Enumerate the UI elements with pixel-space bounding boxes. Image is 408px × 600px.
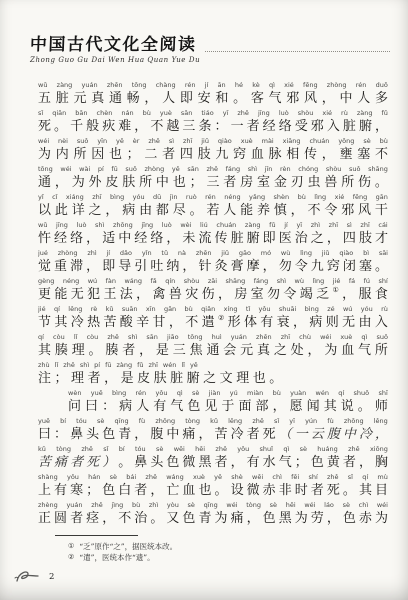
pinyin-row: tōngwéiwàipífūsuǒzhòngyěsānzhěfángshìjīn… bbox=[38, 165, 388, 174]
footnote-1-marker: ① bbox=[68, 541, 74, 552]
hanzi-row: 为内所因也；二者四肢九窍血脉相传，壅塞不 bbox=[38, 146, 388, 165]
hanzi-row: 以此详之，病由都尽。若人能养慎，不令邪风干 bbox=[38, 202, 388, 221]
footnote-1: ① “乏”原作“之”，据医统本改。 bbox=[68, 541, 408, 552]
pinyin-row: shàngyǒuhánsèbáizhěwángxuèyěshèwēichìfēi… bbox=[38, 473, 388, 482]
book-subtitle-pinyin: Zhong Guo Gu Dai Wen Hua Quan Yue Du bbox=[30, 56, 392, 64]
page-header: 中国古代文化全阅读 Zhong Guo Gu Dai Wen Hua Quan … bbox=[0, 0, 408, 64]
pinyin-row: sǐqiānbānchènnánbùyuèsāntiáoyīzhějīngluò… bbox=[38, 109, 388, 118]
footnote-1-text: “乏”原作“之”，据医统本改。 bbox=[79, 541, 177, 552]
pinyin-row: wéinèisuǒyīnyěèrzhěsìzhījiǔqiàoxuèmàixiā… bbox=[38, 137, 388, 146]
hanzi-row: 忤经络，适中经络，未流传脏腑即医治之，四肢才 bbox=[38, 230, 388, 249]
text-line: jiéqílěngrèkǔsuānxīngānbùqiǎnxíngtǐyǒush… bbox=[38, 305, 388, 333]
text-line: yǐcǐxiángzhībìngyóudūjìnruòrénnéngyǎngsh… bbox=[38, 193, 388, 221]
book-page: 中国古代文化全阅读 Zhong Guo Gu Dai Wen Hua Quan … bbox=[0, 0, 408, 600]
text-line: qícòulǐcòuzhěshìsānjiāotōnghuìyuánzhēnzh… bbox=[38, 333, 388, 361]
pinyin-row: yuēbítóusèqīngfùzhōngtòngkǔlěngzhěsǐyīyú… bbox=[38, 417, 388, 426]
pinyin-row: zhùlǐzhěshìpífūzàngfǔzhīwénlǐyě bbox=[38, 361, 388, 370]
text-line: yuēbítóusèqīngfùzhōngtòngkǔlěngzhěsǐyīyú… bbox=[38, 417, 388, 445]
text-line: wǔzàngyuánzhēntōngchàngrénjíānhékèqìxiéf… bbox=[38, 81, 388, 109]
text-line: zhùlǐzhěshìpífūzàngfǔzhīwénlǐyě注；理者，是皮肤脏… bbox=[38, 361, 388, 389]
hanzi-row: 觉重滞，即导引吐纳，针灸膏摩，勿令九窍闭塞。 bbox=[38, 258, 388, 277]
hanzi-row: 正圆者痉，不治。又色青为痛，色黑为劳，色赤为 bbox=[38, 510, 388, 529]
text-line: juézhòngzhìjídǎoyǐntǔnàzhēnjiǔgāomówùlìn… bbox=[38, 249, 388, 277]
pinyin-row: jiéqílěngrèkǔsuānxīngānbùqiǎnxíngtǐyǒush… bbox=[38, 305, 388, 314]
text-line: zhèngyuánzhějìngbùzhìyòusèqīngwéitòngsèh… bbox=[38, 501, 388, 529]
footnotes: ① “乏”原作“之”，据医统本改。 ② “遣”，医统本作“遗”。 bbox=[68, 541, 408, 563]
text-line: wǔjīngluòshìzhōngjīngluòwèiliúchuánzàngf… bbox=[38, 221, 388, 249]
pinyin-row: wǔzàngyuánzhēntōngchàngrénjíānhékèqìxiéf… bbox=[38, 81, 388, 90]
hanzi-row: 苦痛者死）。鼻头色微黑者，有水气；色黄者，胸 bbox=[38, 454, 388, 473]
page-footer: 2 bbox=[14, 568, 54, 586]
text-line: wènyuēbìngrényǒuqìsèjiànyúmiànbùyuànwénq… bbox=[38, 389, 388, 417]
book-title: 中国古代文化全阅读 bbox=[30, 30, 197, 55]
hanzi-row: 更能无犯王法，禽兽灾伤，房室勿令竭乏①，服食 bbox=[38, 286, 388, 305]
page-ornament-icon bbox=[14, 568, 42, 586]
pinyin-row: qícòulǐcòuzhěshìsānjiāotōnghuìyuánzhēnzh… bbox=[38, 333, 388, 342]
text-line: wéinèisuǒyīnyěèrzhěsìzhījiǔqiàoxuèmàixiā… bbox=[38, 137, 388, 165]
hanzi-row: 注；理者，是皮肤脏腑之文理也。 bbox=[38, 370, 388, 389]
pinyin-row: kǔtòngzhěsǐbítóusèwēihēizhěyǒushuǐqìsèhu… bbox=[38, 445, 388, 454]
footnote-2-marker: ② bbox=[68, 552, 74, 563]
text-block: wǔzàngyuánzhēntōngchàngrénjíānhékèqìxiéf… bbox=[38, 81, 388, 529]
hanzi-row: 其腠理。腠者，是三焦通会元真之处，为血气所 bbox=[38, 342, 388, 361]
pinyin-row: zhèngyuánzhějìngbùzhìyòusèqīngwéitòngsèh… bbox=[38, 501, 388, 510]
page-number: 2 bbox=[49, 572, 54, 582]
hanzi-row: 节其冷热苦酸辛甘，不遣②形体有衰，病则无由入 bbox=[38, 314, 388, 333]
pinyin-row: gèngnéngwúfànwángfǎqínshòuzāishāngfángsh… bbox=[38, 277, 388, 286]
pinyin-row: juézhòngzhìjídǎoyǐntǔnàzhēnjiǔgāomówùlìn… bbox=[38, 249, 388, 258]
pinyin-row: yǐcǐxiángzhībìngyóudūjìnruòrénnéngyǎngsh… bbox=[38, 193, 388, 202]
hanzi-row: 死。千般疢难，不越三条：一者经络受邪入脏腑， bbox=[38, 118, 388, 137]
text-line: kǔtòngzhěsǐbítóusèwēihēizhěyǒushuǐqìsèhu… bbox=[38, 445, 388, 473]
header-dotted-rule bbox=[205, 50, 391, 52]
text-line: sǐqiānbānchènnánbùyuèsāntiáoyīzhějīngluò… bbox=[38, 109, 388, 137]
hanzi-row: 上有寒；色白者，亡血也。设微赤非时者死。其目 bbox=[38, 482, 388, 501]
footnote-2-text: “遣”，医统本作“遗”。 bbox=[79, 552, 154, 563]
footnote-divider bbox=[55, 535, 138, 536]
hanzi-row: 曰：鼻头色青，腹中痛，苦冷者死（一云腹中冷， bbox=[38, 426, 388, 445]
pinyin-row: wènyuēbìngrényǒuqìsèjiànyúmiànbùyuànwénq… bbox=[68, 389, 388, 398]
hanzi-row: 五脏元真通畅，人即安和。客气邪风，中人多 bbox=[38, 90, 388, 109]
hanzi-row: 问曰：病人有气色见于面部，愿闻其说。师 bbox=[68, 398, 388, 417]
title-row: 中国古代文化全阅读 bbox=[30, 30, 392, 55]
text-line: gèngnéngwúfànwángfǎqínshòuzāishāngfángsh… bbox=[38, 277, 388, 305]
hanzi-row: 通，为外皮肤所中也；三者房室金刃虫兽所伤。 bbox=[38, 174, 388, 193]
pinyin-row: wǔjīngluòshìzhōngjīngluòwèiliúchuánzàngf… bbox=[38, 221, 388, 230]
text-line: tōngwéiwàipífūsuǒzhòngyěsānzhěfángshìjīn… bbox=[38, 165, 388, 193]
text-line: shàngyǒuhánsèbáizhěwángxuèyěshèwēichìfēi… bbox=[38, 473, 388, 501]
footnote-2: ② “遣”，医统本作“遗”。 bbox=[68, 552, 408, 563]
